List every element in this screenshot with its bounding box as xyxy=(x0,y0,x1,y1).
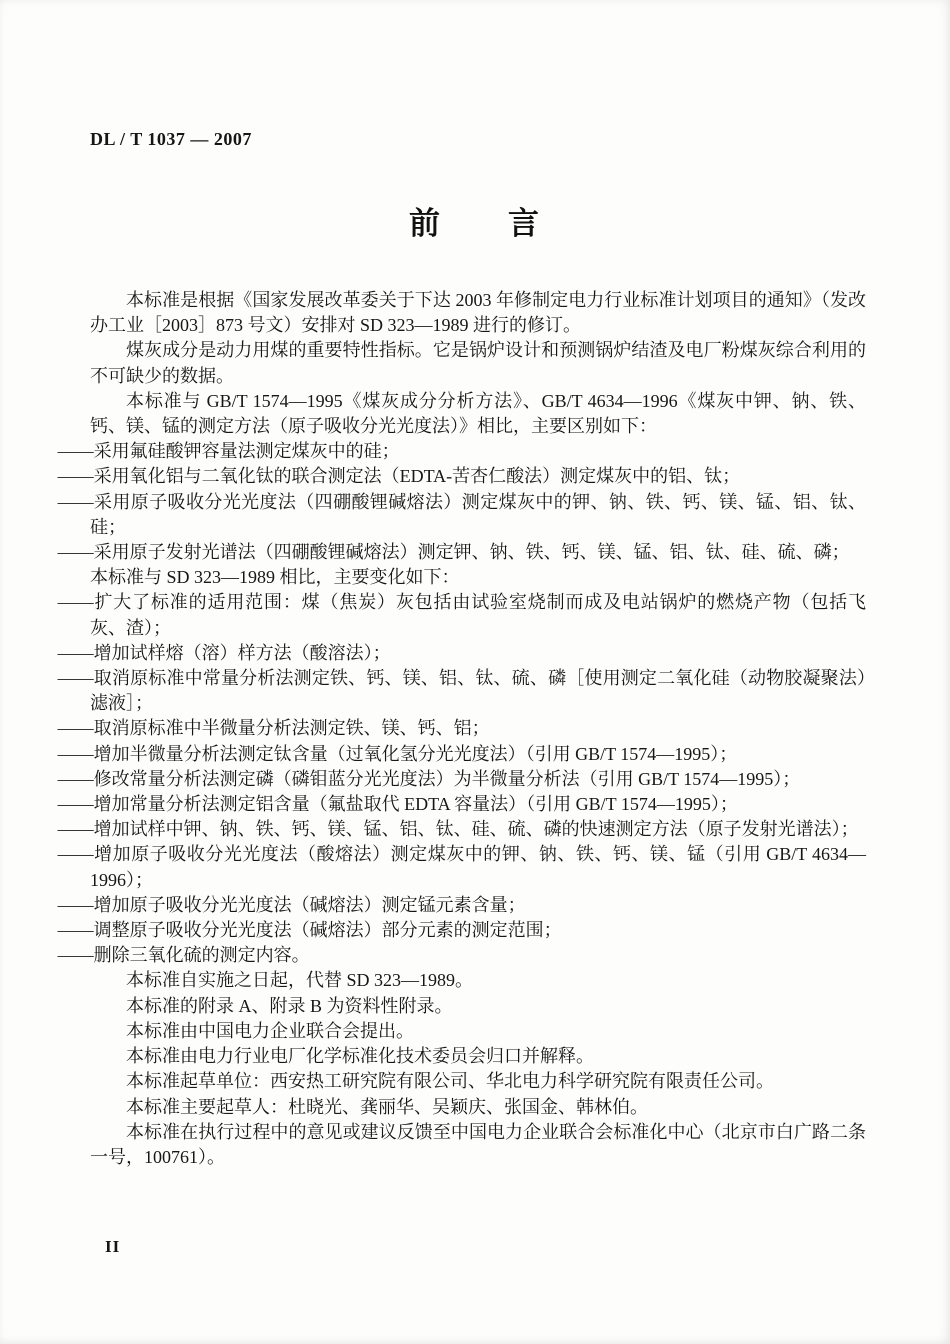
dash-list-item: ——修改常量分析法测定磷（磷钼蓝分光光度法）为半微量分析法（引用 GB/T 15… xyxy=(90,767,866,792)
dash-list-item: ——增加常量分析法测定铝含量（氟盐取代 EDTA 容量法）（引用 GB/T 15… xyxy=(90,792,866,817)
dash-list-item: ——采用原子吸收分光光度法（四硼酸锂碱熔法）测定煤灰中的钾、钠、铁、钙、镁、锰、… xyxy=(90,490,866,540)
dash-list-item: ——取消原标准中半微量分析法测定铁、镁、钙、铝； xyxy=(90,716,866,741)
foreword-paragraph: 本标准是根据《国家发展改革委关于下达 2003 年修制定电力行业标准计划项目的通… xyxy=(90,288,866,338)
dash-list-item: ——增加原子吸收分光光度法（碱熔法）测定锰元素含量； xyxy=(90,893,866,918)
dash-list-item: ——扩大了标准的适用范围：煤（焦炭）灰包括由试验室烧制而成及电站锅炉的燃烧产物（… xyxy=(90,590,866,640)
dash-list-item: ——增加原子吸收分光光度法（酸熔法）测定煤灰中的钾、钠、铁、钙、镁、锰（引用 G… xyxy=(90,842,866,892)
foreword-paragraph: 本标准与 GB/T 1574—1995《煤灰成分分析方法》、GB/T 4634—… xyxy=(90,389,866,439)
dash-list-item: ——增加试样熔（溶）样方法（酸溶法）； xyxy=(90,641,866,666)
dash-list-item: ——采用氟硅酸钾容量法测定煤灰中的硅； xyxy=(90,439,866,464)
foreword-paragraph: 本标准的附录 A、附录 B 为资料性附录。 xyxy=(90,994,866,1019)
page-title: 前 言 xyxy=(0,198,950,243)
foreword-paragraph: 本标准由中国电力企业联合会提出。 xyxy=(90,1019,866,1044)
foreword-paragraph: 本标准自实施之日起，代替 SD 323—1989。 xyxy=(90,968,866,993)
dash-list-item: ——采用氧化铝与二氧化钛的联合测定法（EDTA-苦杏仁酸法）测定煤灰中的铝、钛； xyxy=(90,464,866,489)
dash-list-item: ——取消原标准中常量分析法测定铁、钙、镁、铝、钛、硫、磷［使用测定二氧化硅（动物… xyxy=(90,666,866,716)
foreword-paragraph: 本标准主要起草人：杜晓光、龚丽华、吴颖庆、张国金、韩林伯。 xyxy=(90,1095,866,1120)
foreword-paragraph: 本标准起草单位：西安热工研究院有限公司、华北电力科学研究院有限责任公司。 xyxy=(90,1069,866,1094)
dash-list-item: ——调整原子吸收分光光度法（碱熔法）部分元素的测定范围； xyxy=(90,918,866,943)
dash-list-item: ——删除三氧化硫的测定内容。 xyxy=(90,943,866,968)
page-number: II xyxy=(105,1237,120,1257)
foreword-body: 本标准是根据《国家发展改革委关于下达 2003 年修制定电力行业标准计划项目的通… xyxy=(90,288,866,1170)
foreword-paragraph: 本标准在执行过程中的意见或建议反馈至中国电力企业联合会标准化中心（北京市白广路二… xyxy=(90,1120,866,1170)
foreword-paragraph: 本标准由电力行业电厂化学标准化技术委员会归口并解释。 xyxy=(90,1044,866,1069)
dash-list-item: ——增加半微量分析法测定钛含量（过氧化氢分光光度法）（引用 GB/T 1574—… xyxy=(90,742,866,767)
dash-list-item: ——增加试样中钾、钠、铁、钙、镁、锰、铝、钛、硅、硫、磷的快速测定方法（原子发射… xyxy=(90,817,866,842)
document-page: DL / T 1037 — 2007 前 言 本标准是根据《国家发展改革委关于下… xyxy=(0,0,950,1344)
dash-list-item: ——采用原子发射光谱法（四硼酸锂碱熔法）测定钾、钠、铁、钙、镁、锰、铝、钛、硅、… xyxy=(90,540,866,565)
foreword-paragraph: 煤灰成分是动力用煤的重要特性指标。它是锅炉设计和预测锅炉结渣及电厂粉煤灰综合利用… xyxy=(90,338,866,388)
foreword-paragraph: 本标准与 SD 323—1989 相比，主要变化如下： xyxy=(90,565,866,590)
standard-code-header: DL / T 1037 — 2007 xyxy=(90,129,252,150)
